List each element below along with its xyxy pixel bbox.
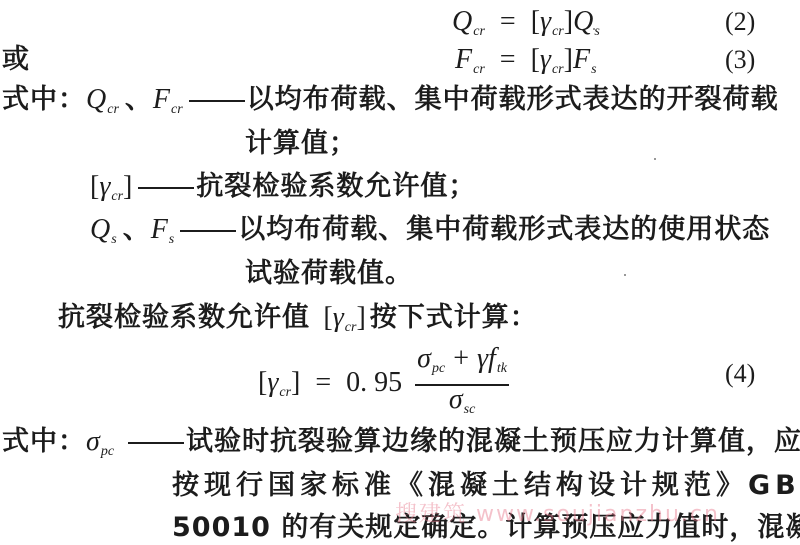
equation-3: Fcr = [γcr]Fs [455, 44, 597, 86]
em-dash [189, 100, 245, 102]
definition-q-cr-f-cr-continued: 计算值； [245, 128, 357, 160]
equation-number-3: (3) [725, 44, 755, 76]
equation-number-4: (4) [725, 358, 755, 390]
definition-q-cr-f-cr: 式中：Qcr、Fcr以均布荷载、集中荷载形式表达的开裂荷载 [2, 84, 779, 126]
intro-equation-4: 抗裂检验系数允许值 [γcr]按下式计算： [58, 302, 538, 344]
em-dash [128, 442, 184, 444]
fraction-numerator: σpc+γftk [415, 345, 509, 386]
eq3-lhs: Fcr [455, 44, 485, 75]
definition-sigma-pc-line2: 按现行国家标准《混凝土结构设计规范》GB [172, 470, 800, 502]
definition-gamma-cr: [γcr]抗裂检验系数允许值； [90, 171, 476, 213]
equation-4: [γcr] = 0. 95 σpc+γftk σsc [258, 345, 509, 424]
scan-speck [654, 158, 656, 160]
definition-q-s-f-s: Qs、Fs以均布荷载、集中荷载形式表达的使用状态 [90, 214, 770, 256]
where-label: 式中： [2, 426, 86, 457]
scan-speck [624, 274, 626, 276]
em-dash [138, 187, 194, 189]
equation-2: Qcr = [γcr]Qs [452, 6, 600, 48]
or-label: 或 [2, 44, 30, 76]
fraction: σpc+γftk σsc [415, 345, 509, 424]
scan-speck [593, 28, 595, 30]
definition-sigma-pc: 式中：σpc试验时抗裂验算边缘的混凝土预压应力计算值，应 [2, 426, 800, 468]
where-label: 式中： [2, 84, 86, 115]
definition-sigma-pc-line3: 50010 的有关规定确定。计算预压应力值时，混凝 [172, 512, 800, 544]
em-dash [180, 230, 236, 232]
fraction-denominator: σsc [415, 386, 509, 424]
equation-number-2: (2) [725, 6, 755, 38]
eq2-lhs: Qcr [452, 6, 485, 37]
definition-q-s-f-s-continued: 试验荷载值。 [245, 258, 413, 290]
